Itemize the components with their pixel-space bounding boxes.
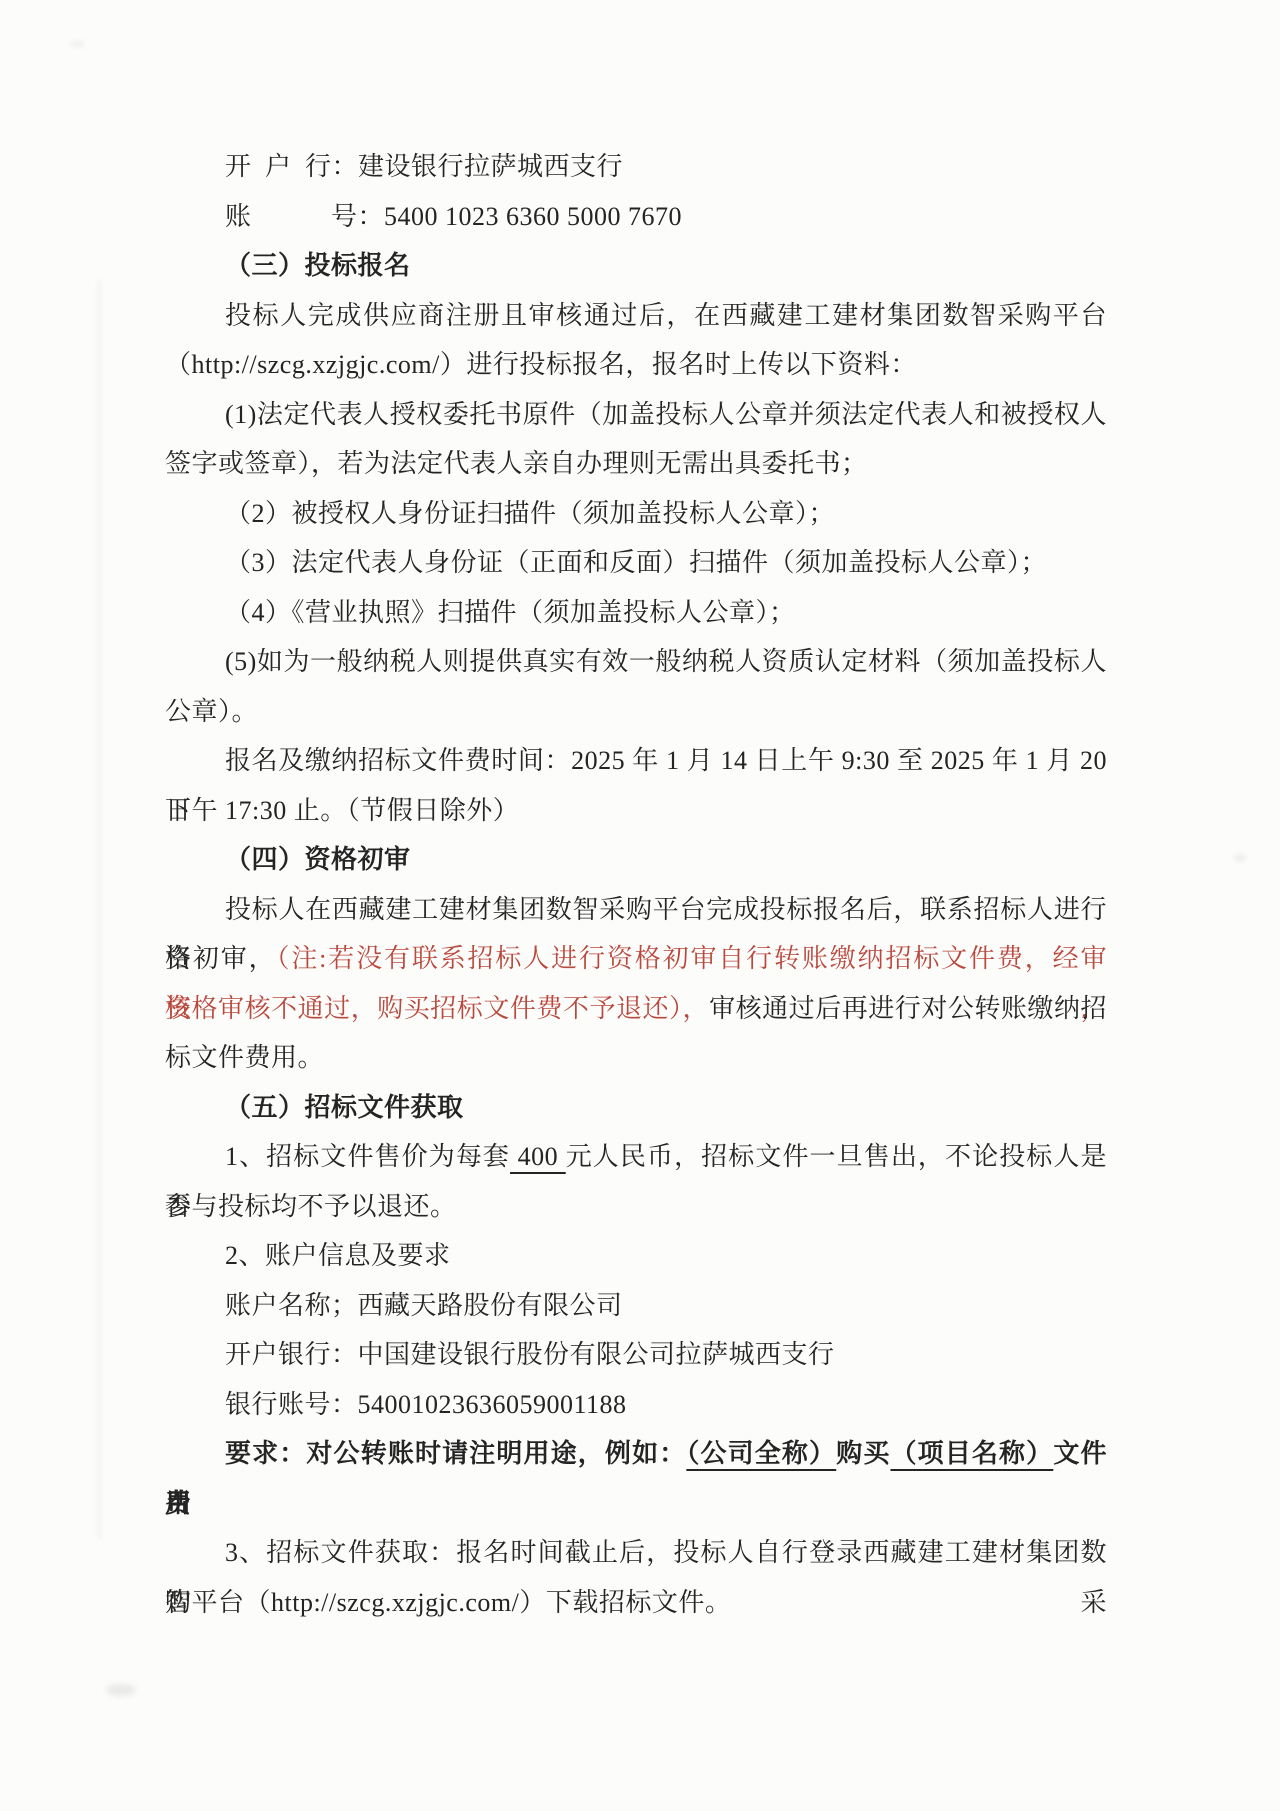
account-info-heading: 2、账户信息及要求 [165, 1231, 1107, 1281]
transfer-requirement-continuation: 用 [165, 1479, 1107, 1529]
tender-fee-amount: 400 [510, 1142, 566, 1171]
requirement-text: 购买 [836, 1439, 890, 1468]
black-text: 审核通过后再进行对公转账缴纳招 [709, 994, 1107, 1023]
list-item-1-continuation: 签字或签章），若为法定代表人亲自办理则无需出具委托书； [165, 439, 1107, 489]
list-item-5-continuation: 公章）。 [165, 687, 1107, 737]
section-heading-document-acquisition: （五）招标文件获取 [165, 1083, 1107, 1133]
paragraph-line: 投标人在西藏建工建材集团数智采购平台完成投标报名后，联系招标人进行资 [165, 885, 1107, 935]
list-item-5-line: (5)如为一般纳税人则提供真实有效一般纳税人资质认定材料（须加盖投标人 [165, 637, 1107, 687]
bank-branch-line: 开 户 行：建设银行拉萨城西支行 [165, 142, 1107, 192]
registration-time-continuation: 下午 17:30 止。（节假日除外） [165, 786, 1107, 836]
bank-name-line: 开户银行：中国建设银行股份有限公司拉萨城西支行 [165, 1330, 1107, 1380]
account-name-line: 账户名称；西藏天路股份有限公司 [165, 1281, 1107, 1331]
transfer-requirement-line: 要求：对公转账时请注明用途，例如：（公司全称）购买（项目名称）文件费 [165, 1429, 1107, 1479]
tender-fee-line: 1、招标文件售价为每套 400 元人民币，招标文件一旦售出，不论投标人是否 [165, 1132, 1107, 1182]
company-name-blank: （公司全称） [686, 1439, 836, 1468]
download-instruction-line: 3、招标文件获取：报名时间截止后，投标人自行登录西藏建工建材集团数智采 [165, 1528, 1107, 1578]
project-name-blank: （项目名称） [890, 1439, 1053, 1468]
paragraph-line-url: （http://szcg.xzjgjc.com/）进行投标报名，报名时上传以下资… [165, 340, 1107, 390]
fee-text: 1、招标文件售价为每套 [225, 1142, 510, 1171]
document-body: 开 户 行：建设银行拉萨城西支行 账 号：5400 1023 6360 5000… [165, 142, 1107, 1627]
black-text: 格初审， [165, 944, 276, 973]
list-item-2: （2）被授权人身份证扫描件（须加盖投标人公章）； [165, 489, 1107, 539]
section-heading-qualification-review: （四）资格初审 [165, 835, 1107, 885]
paragraph-line-with-note: 资格审核不通过，购买招标文件费不予退还），审核通过后再进行对公转账缴纳招 [165, 984, 1107, 1034]
paragraph-line: 投标人完成供应商注册且审核通过后，在西藏建工建材集团数智采购平台 [165, 291, 1107, 341]
scan-artifact [1234, 854, 1246, 862]
list-item-3: （3）法定代表人身份证（正面和反面）扫描件（须加盖投标人公章）； [165, 538, 1107, 588]
list-item-4: （4）《营业执照》扫描件（须加盖投标人公章）； [165, 588, 1107, 638]
paragraph-line-with-note: 格初审，（注:若没有联系招标人进行资格初审自行转账缴纳招标文件费，经审核， [165, 934, 1107, 984]
section-heading-bid-registration: （三）投标报名 [165, 241, 1107, 291]
requirement-text: 要求：对公转账时请注明用途，例如： [225, 1439, 686, 1468]
scan-artifact [106, 1684, 136, 1696]
paragraph-continuation: 标文件费用。 [165, 1033, 1107, 1083]
registration-time-line: 报名及缴纳招标文件费时间：2025 年 1 月 14 日上午 9:30 至 20… [165, 736, 1107, 786]
account-number-line: 账 号：5400 1023 6360 5000 7670 [165, 192, 1107, 242]
scan-artifact [97, 280, 102, 1540]
list-item-1-line: (1)法定代表人授权委托书原件（加盖投标人公章并须法定代表人和被授权人 [165, 390, 1107, 440]
scanned-document-page: 开 户 行：建设银行拉萨城西支行 账 号：5400 1023 6360 5000… [0, 0, 1280, 1811]
tender-fee-continuation: 参与投标均不予以退还。 [165, 1182, 1107, 1232]
red-note-text: 资格审核不通过，购买招标文件费不予退还）， [165, 994, 709, 1023]
scan-artifact [70, 40, 84, 48]
bank-account-line: 银行账号：54001023636059001188 [165, 1380, 1107, 1430]
